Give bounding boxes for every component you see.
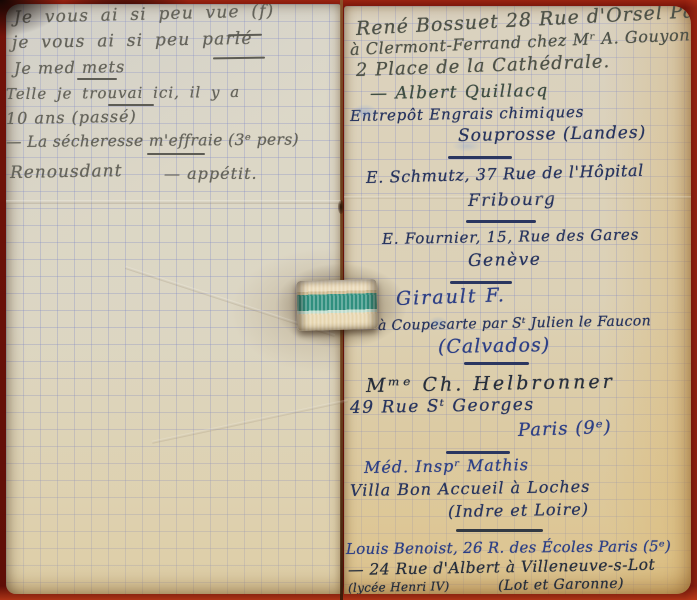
gutter-knot [338,200,344,214]
handwritten-line: à Coupesarte par Sᵗ Julien le Faucon [378,314,651,333]
entry-divider [464,362,529,365]
underline-trouvai [108,104,154,106]
handwritten-line: Entrepôt Engrais chimiques [350,105,584,124]
binding-ribbon [296,279,377,331]
handwritten-line: Louis Benoist, 26 R. des Écoles Paris (5… [346,539,671,557]
handwritten-line: Telle je trouvai ici, il y a [6,85,240,102]
handwritten-line: Renousdant [10,163,123,182]
handwritten-line: Villa Bon Accueil à Loches [350,479,591,499]
handwritten-line: Paris (9ᵉ) [518,419,612,440]
entry-divider [448,156,512,159]
handwritten-line: Fribourg [468,191,557,210]
notebook-spread: Je vous ai si peu vue (f) je vous ai si … [0,0,697,600]
handwritten-line: 2 Place de la Cathédrale. [356,53,611,80]
underline-parle [213,57,265,60]
handwritten-line: 10 ans (passé) [6,109,137,127]
handwritten-line: — La sécheresse m'effraie (3ᵉ pers) [6,132,299,150]
handwritten-line: Méd. Inspʳ Mathis [364,457,529,476]
underline-effraie [147,153,205,155]
handwritten-line: 49 Rue Sᵗ Georges [350,397,535,417]
handwritten-line: (Calvados) [438,336,551,357]
handwritten-line: Souprosse (Landes) [458,125,647,145]
handwritten-line: E. Fournier, 15, Rue des Gares [382,228,639,247]
entry-divider [466,220,536,223]
handwritten-line: Je med mets [14,59,125,77]
handwritten-line: (Lot et Garonne) [498,577,624,593]
handwritten-line: E. Schmutz, 37 Rue de l'Hôpital [366,163,644,186]
handwritten-line: (Indre et Loire) [448,502,589,520]
entry-divider [456,529,543,532]
entry-divider [446,451,510,454]
handwritten-line: — Albert Quillacq [370,83,549,103]
handwritten-line: Genève [468,252,542,270]
handwritten-line: Girault F. [396,286,507,309]
underline-mets [77,78,117,80]
handwritten-line: — appétit. [164,166,258,182]
underline-vue [228,34,262,37]
handwritten-line: (lycée Henri IV) [348,580,450,594]
cover-corner-shadow [0,0,70,40]
handwritten-line: Mᵐᵉ Ch. Helbronner [366,373,615,396]
